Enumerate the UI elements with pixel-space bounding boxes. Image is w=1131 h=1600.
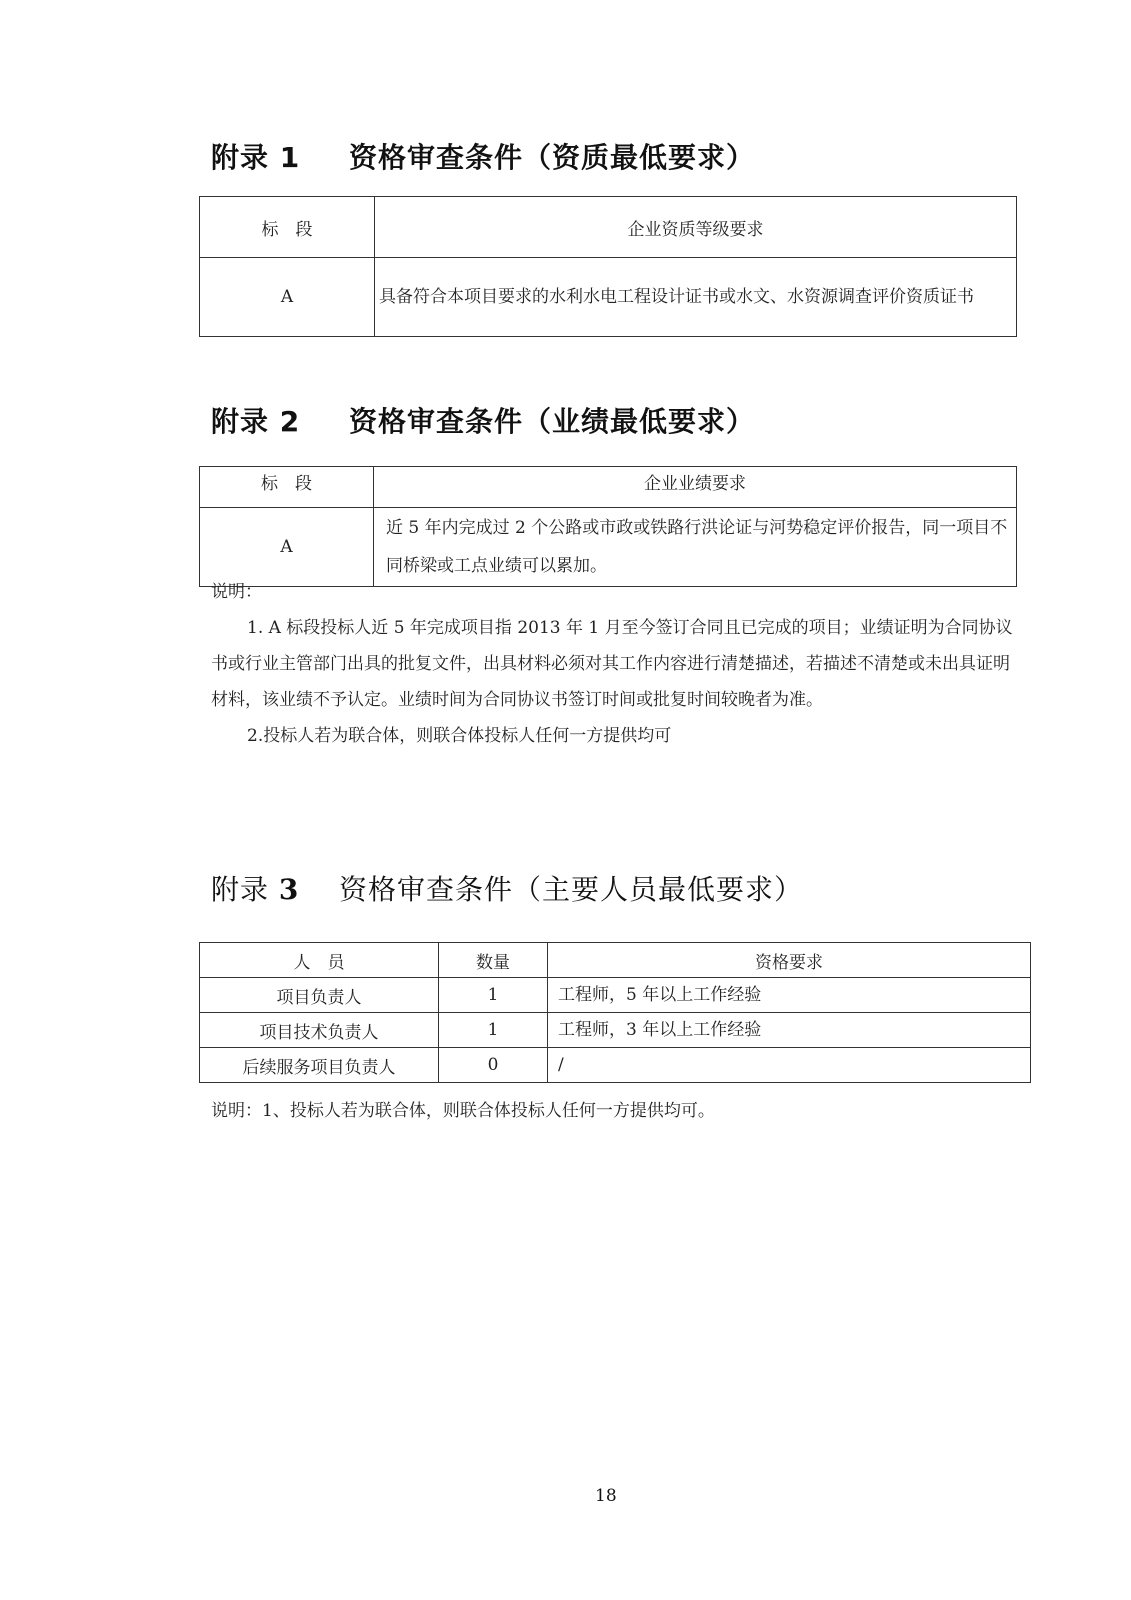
cell-section: A: [200, 258, 375, 337]
header-section: 标 段: [200, 467, 374, 508]
header-section: 标 段: [200, 197, 375, 258]
table-row: 后续服务项目负责人 0 /: [200, 1048, 1031, 1083]
table-row: 项目负责人 1 工程师，5 年以上工作经验: [200, 978, 1031, 1013]
cell-role: 项目技术负责人: [200, 1013, 439, 1048]
appendix-1-heading: 附录 1资格审查条件（资质最低要求）: [211, 136, 755, 176]
appendix-2-heading: 附录 2资格审查条件（业绩最低要求）: [211, 400, 755, 440]
table-row: A 具备符合本项目要求的水利水电工程设计证书或水文、水资源调查评价资质证书: [200, 258, 1017, 337]
table-header-row: 人 员 数量 资格要求: [200, 943, 1031, 978]
personnel-table: 人 员 数量 资格要求 项目负责人 1 工程师，5 年以上工作经验 项目技术负责…: [199, 942, 1031, 1083]
cell-count: 1: [439, 1013, 548, 1048]
cell-count: 1: [439, 978, 548, 1013]
header-requirement: 企业业绩要求: [374, 467, 1017, 508]
cell-requirement: 具备符合本项目要求的水利水电工程设计证书或水文、水资源调查评价资质证书: [375, 258, 1017, 337]
table-header-row: 标 段 企业业绩要求: [200, 467, 1017, 508]
cell-role: 项目负责人: [200, 978, 439, 1013]
table-row: 项目技术负责人 1 工程师，3 年以上工作经验: [200, 1013, 1031, 1048]
qualification-table: 标 段 企业资质等级要求 A 具备符合本项目要求的水利水电工程设计证书或水文、水…: [199, 196, 1017, 337]
note-item: 2.投标人若为联合体，则联合体投标人任何一方提供均可: [211, 718, 1016, 754]
appendix-3-number: 附录 3: [211, 868, 339, 908]
cell-role: 后续服务项目负责人: [200, 1048, 439, 1083]
page-number: 18: [595, 1486, 617, 1506]
table-header-row: 标 段 企业资质等级要求: [200, 197, 1017, 258]
document-page: 附录 1资格审查条件（资质最低要求） 标 段 企业资质等级要求 A 具备符合本项…: [0, 0, 1131, 1600]
header-role: 人 员: [200, 943, 439, 978]
performance-table: 标 段 企业业绩要求 A 近 5 年内完成过 2 个公路或市政或铁路行洪论证与河…: [199, 466, 1017, 587]
appendix-3-note: 说明：1、投标人若为联合体，则联合体投标人任何一方提供均可。: [211, 1096, 715, 1121]
notes-label: 说明：: [211, 574, 1016, 610]
cell-qualification: /: [548, 1048, 1031, 1083]
appendix-2-title: 资格审查条件（业绩最低要求）: [349, 405, 755, 438]
appendix-1-number: 附录 1: [211, 136, 349, 176]
header-requirement: 企业资质等级要求: [375, 197, 1017, 258]
header-qualification: 资格要求: [548, 943, 1031, 978]
cell-qualification: 工程师，5 年以上工作经验: [548, 978, 1031, 1013]
appendix-3-number-digit: 3: [279, 873, 299, 906]
appendix-3-title: 资格审查条件（主要人员最低要求）: [339, 873, 803, 906]
cell-qualification: 工程师，3 年以上工作经验: [548, 1013, 1031, 1048]
appendix-3-heading: 附录 3资格审查条件（主要人员最低要求）: [211, 868, 803, 908]
cell-count: 0: [439, 1048, 548, 1083]
appendix-2-notes: 说明： 1. A 标段投标人近 5 年完成项目指 2013 年 1 月至今签订合…: [211, 574, 1016, 754]
header-count: 数量: [439, 943, 548, 978]
appendix-3-number-prefix: 附录: [211, 873, 269, 906]
appendix-2-number: 附录 2: [211, 400, 349, 440]
note-item: 1. A 标段投标人近 5 年完成项目指 2013 年 1 月至今签订合同且已完…: [211, 610, 1016, 718]
appendix-1-title: 资格审查条件（资质最低要求）: [349, 141, 755, 174]
